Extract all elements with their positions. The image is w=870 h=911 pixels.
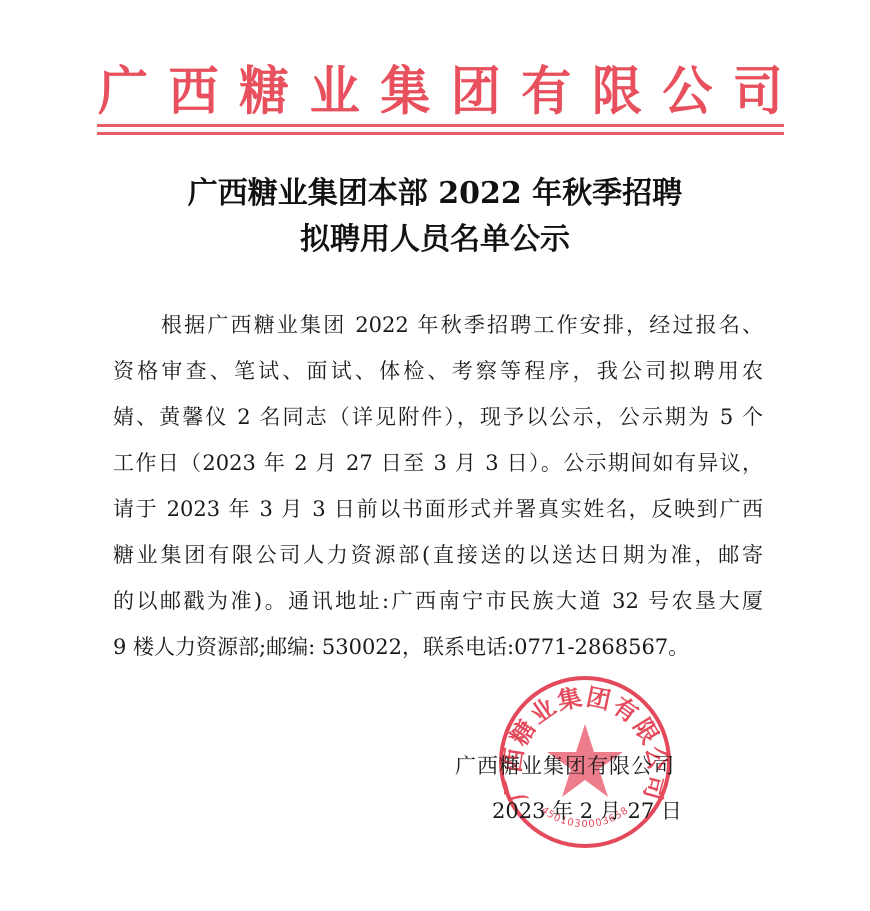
body-line: 资格审查、笔试、面试、体检、考察等程序，我公司拟聘用农 bbox=[113, 356, 763, 386]
document-title-line-1: 广西糖业集团本部 2022 年秋季招聘 bbox=[0, 168, 870, 212]
letterhead-char: 限 bbox=[591, 49, 643, 125]
body-line: 糖业集团有限公司人力资源部(直接送的以送达日期为准，邮寄 bbox=[113, 540, 763, 570]
letterhead-char: 公 bbox=[661, 49, 713, 125]
letterhead-company-name: 广 西 糖 业 集 团 有 限 公 司 bbox=[97, 52, 784, 122]
letterhead-char: 团 bbox=[450, 49, 502, 125]
signature-organization: 广西糖业集团有限公司 bbox=[455, 750, 675, 780]
letterhead-char: 集 bbox=[379, 49, 431, 125]
signature-date: 2023 年 2 月 27 日 bbox=[492, 795, 682, 825]
letterhead-char: 西 bbox=[168, 49, 220, 125]
letterhead-divider-bottom bbox=[97, 132, 784, 135]
body-line: 工作日（2023 年 2 月 27 日至 3 月 3 日）。公示期间如有异议， bbox=[113, 448, 763, 478]
letterhead-char: 有 bbox=[520, 49, 572, 125]
body-line: 的以邮戳为准)。通讯地址:广西南宁市民族大道 32 号农垦大厦 bbox=[113, 586, 763, 616]
document-title-line-2: 拟聘用人员名单公示 bbox=[0, 214, 870, 258]
letterhead-char: 司 bbox=[732, 49, 784, 125]
letterhead-char: 广 bbox=[97, 49, 149, 125]
body-line: 请于 2023 年 3 月 3 日前以书面形式并署真实姓名，反映到广西 bbox=[113, 494, 763, 524]
letterhead-char: 糖 bbox=[238, 49, 290, 125]
body-line: 根据广西糖业集团 2022 年秋季招聘工作安排，经过报名、 bbox=[161, 310, 763, 340]
body-line: 婧、黄馨仪 2 名同志（详见附件），现予以公示，公示期为 5 个 bbox=[113, 402, 763, 432]
letterhead-divider-top bbox=[97, 124, 784, 127]
letterhead-char: 业 bbox=[309, 49, 361, 125]
body-line: 9 楼人力资源部;邮编: 530022，联系电话:0771-2868567。 bbox=[113, 632, 763, 662]
